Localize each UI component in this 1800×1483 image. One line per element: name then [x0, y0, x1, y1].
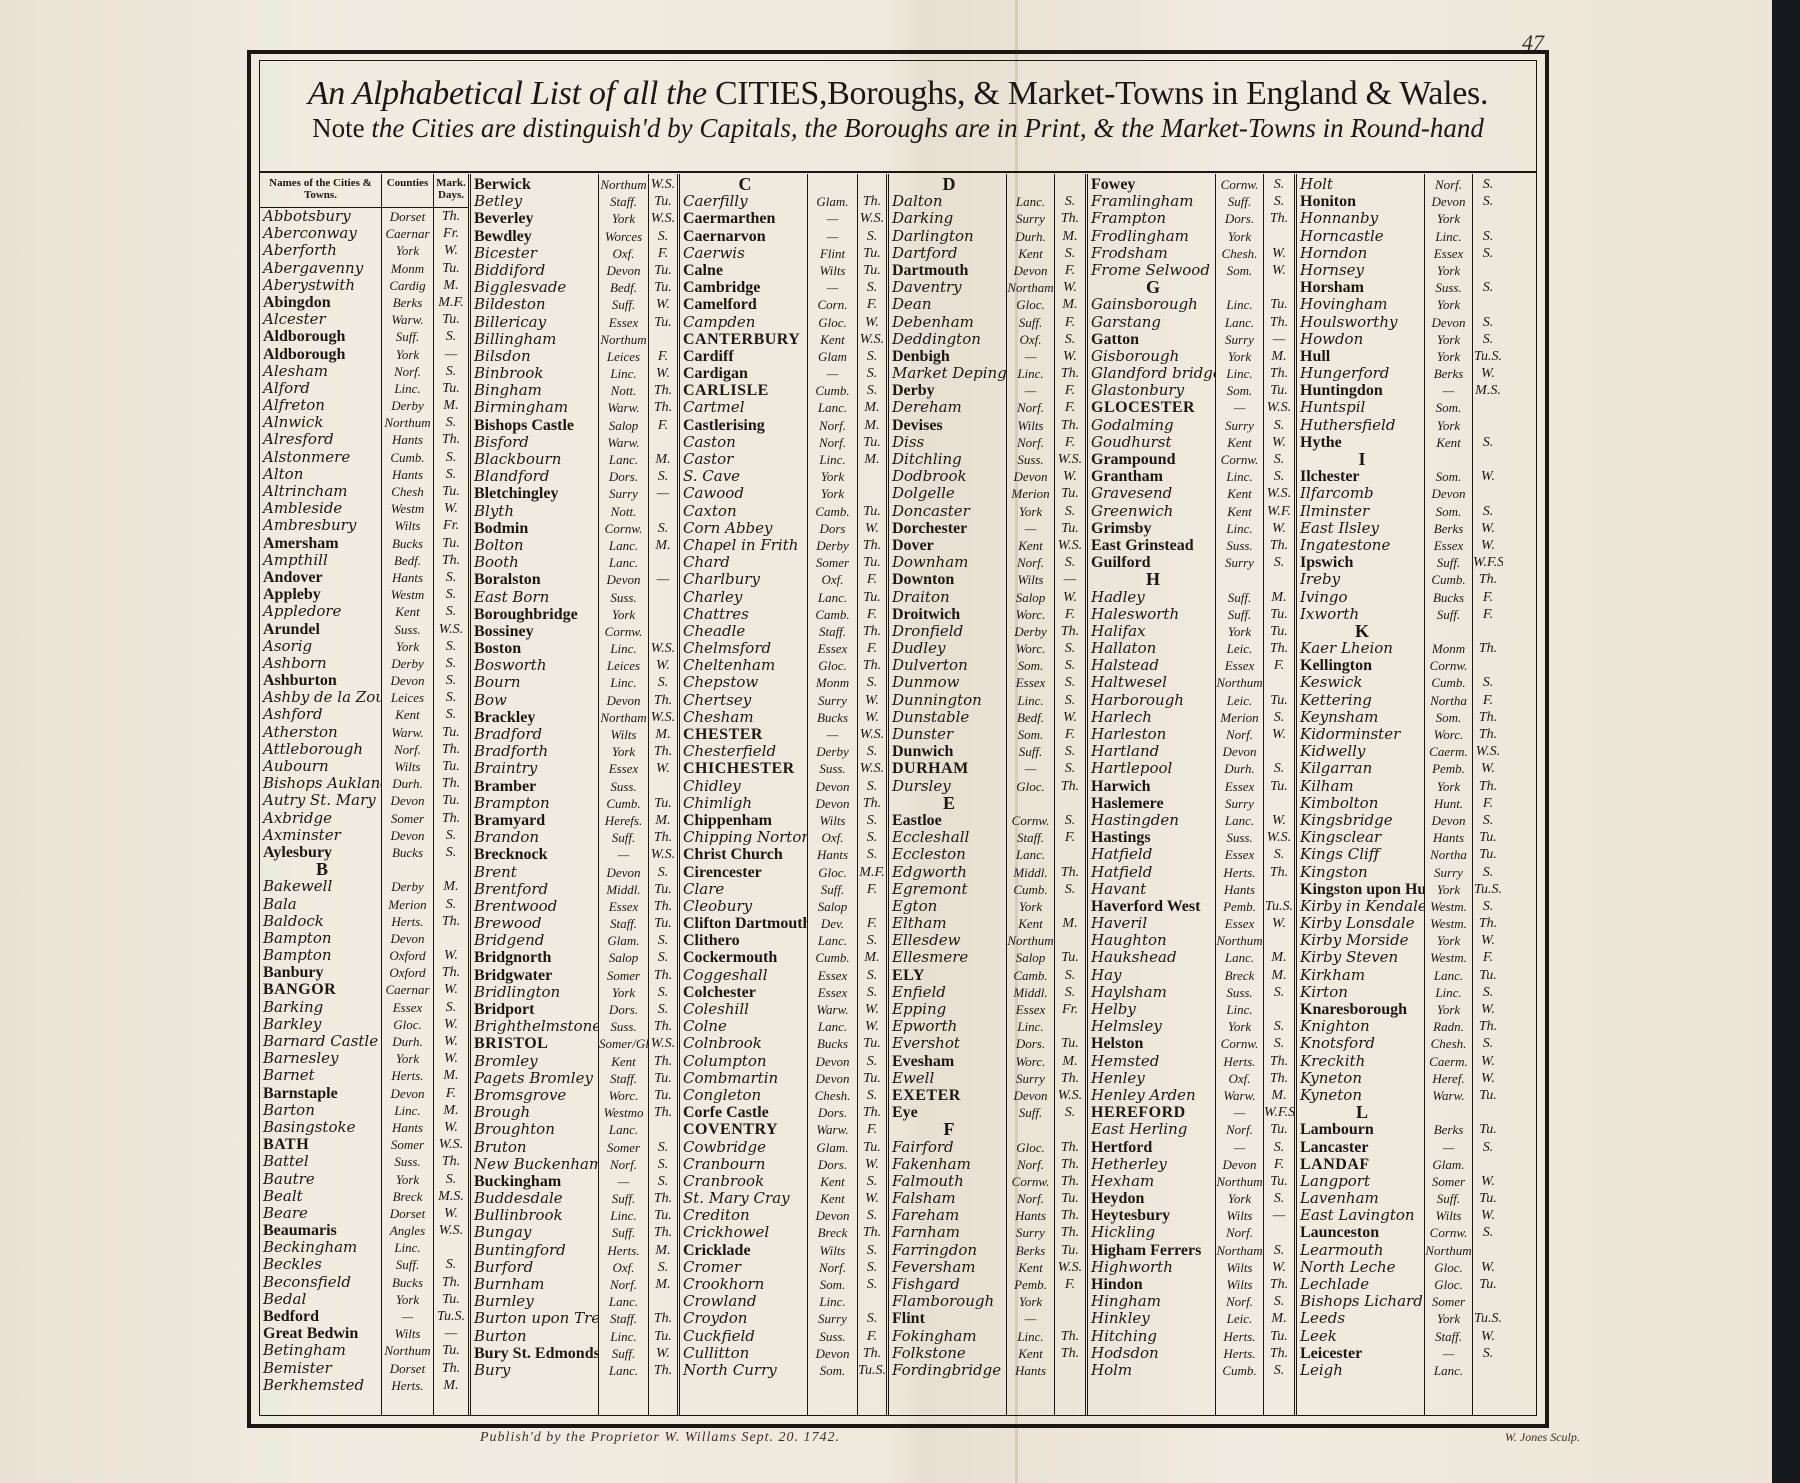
- county-cell: Gloc.: [1007, 1139, 1054, 1156]
- town-name: Leigh: [1297, 1362, 1424, 1379]
- county-cell: Dors.: [808, 1156, 857, 1173]
- county-cell: Breck: [382, 1188, 433, 1205]
- county-cell: Norf.: [599, 1156, 648, 1173]
- county-cell: Suff.: [1216, 193, 1263, 210]
- market-day-cell: F.: [858, 1328, 886, 1345]
- market-day-cell: Tu.: [649, 795, 677, 812]
- county-cell: Som.: [808, 1362, 857, 1379]
- town-name: Kimbolton: [1297, 795, 1424, 812]
- market-day-cell: S.: [1055, 692, 1085, 709]
- market-day-cell: W.: [1055, 589, 1085, 606]
- town-name: Leeds: [1297, 1310, 1424, 1327]
- town-name: Lavenham: [1297, 1190, 1424, 1207]
- county-cell: Surry: [808, 692, 857, 709]
- town-name: Brandon: [471, 829, 598, 846]
- county-cell: Som.: [1425, 399, 1472, 416]
- county-cell: Bucks: [808, 1035, 857, 1052]
- market-day-cell: F.: [1055, 399, 1085, 416]
- market-day-cell: S.: [649, 1259, 677, 1276]
- market-day-cell: S.: [858, 279, 886, 296]
- town-name: Chapel in Frith: [680, 537, 807, 554]
- county-cell: Linc.: [382, 380, 433, 397]
- market-day-cell: W.: [858, 692, 886, 709]
- county-cell: Wilts: [1216, 1259, 1263, 1276]
- market-day-cell: [1264, 743, 1294, 760]
- town-name: Alford: [260, 380, 381, 397]
- town-name-column: FoweyFramlinghamFramptonFrodlinghamFrods…: [1088, 174, 1216, 1415]
- county-cell: [1425, 1104, 1472, 1121]
- town-name: Falsham: [889, 1190, 1006, 1207]
- town-name: Haukshead: [1088, 949, 1215, 966]
- market-day-cell: S.: [434, 449, 468, 466]
- market-day-cell: W.: [434, 1033, 468, 1050]
- town-name: Bromley: [471, 1053, 598, 1070]
- market-day-cell: Tu.: [649, 881, 677, 898]
- town-name: Huthersfield: [1297, 417, 1424, 434]
- market-day-cell: Tu.: [649, 915, 677, 932]
- market-day-cell: S.: [858, 1207, 886, 1224]
- county-cell: —: [1425, 382, 1472, 399]
- town-name: Bodmin: [471, 520, 598, 537]
- town-name: Bruton: [471, 1139, 598, 1156]
- market-day-cell: F.: [434, 1085, 468, 1102]
- market-day-cell: S.: [1473, 1139, 1503, 1156]
- town-name: Evershot: [889, 1035, 1006, 1052]
- market-day-cell: —: [434, 346, 468, 363]
- county-cell: Norf.: [1007, 1156, 1054, 1173]
- town-name: Caxton: [680, 503, 807, 520]
- town-name: Frodlingham: [1088, 228, 1215, 245]
- county-cell: [1007, 176, 1054, 193]
- town-name: Chesham: [680, 709, 807, 726]
- town-name: Bingham: [471, 382, 598, 399]
- county-cell: Oxford: [382, 964, 433, 981]
- town-name: Frodsham: [1088, 245, 1215, 262]
- county-cell: Surry: [1216, 795, 1263, 812]
- county-cell: Linc.: [1216, 296, 1263, 313]
- market-day-cell: S.: [858, 743, 886, 760]
- market-day-cell: S.: [858, 1276, 886, 1293]
- title-mid: ,Boroughs, & Market-Towns in: [819, 75, 1246, 112]
- county-cell: Suff.: [1007, 314, 1054, 331]
- market-day-cell: Th.: [649, 1053, 677, 1070]
- town-name: Cheltenham: [680, 657, 807, 674]
- county-cell: Norf.: [808, 434, 857, 451]
- market-day-cell: W.: [434, 981, 468, 998]
- county-cell: Devon: [808, 795, 857, 812]
- town-name: Horndon: [1297, 245, 1424, 262]
- county-cell: Hants: [1007, 1362, 1054, 1379]
- market-day-cell: S.: [1055, 984, 1085, 1001]
- county-cell: —: [808, 726, 857, 743]
- town-name: Ilfarcomb: [1297, 485, 1424, 502]
- town-name: Bossiney: [471, 623, 598, 640]
- county-cell: Linc.: [1425, 984, 1472, 1001]
- town-name: Corfe Castle: [680, 1104, 807, 1121]
- market-day-cell: S.: [1264, 1242, 1294, 1259]
- market-day-cell: Tu.S.: [1473, 348, 1503, 365]
- county-cell: Cornw.: [1216, 451, 1263, 468]
- county-cell: Somer/Gloc: [599, 1035, 648, 1052]
- county-cell: Kent: [1216, 485, 1263, 502]
- county-cell: Berks: [382, 294, 433, 311]
- market-day-cell: M.: [434, 1102, 468, 1119]
- town-name: Cricklade: [680, 1242, 807, 1259]
- market-day-cell: F.: [649, 417, 677, 434]
- market-day-cell: Tu.: [1473, 1190, 1503, 1207]
- market-day-cell: S.: [1473, 331, 1503, 348]
- market-day-cell: [1055, 846, 1085, 863]
- market-day-cell: Th.: [1473, 915, 1503, 932]
- market-day-cell: Tu.: [649, 1070, 677, 1087]
- town-name: Hemsted: [1088, 1053, 1215, 1070]
- county-cell: Nott.: [599, 382, 648, 399]
- county-cell: [1425, 623, 1472, 640]
- market-day-cell: W.: [649, 365, 677, 382]
- town-name: Launceston: [1297, 1224, 1424, 1241]
- town-name: Bramyard: [471, 812, 598, 829]
- county-cell: York: [382, 1291, 433, 1308]
- county-cell: Cumb.: [599, 795, 648, 812]
- town-name: Hadley: [1088, 589, 1215, 606]
- county-cell: Derby: [1007, 623, 1054, 640]
- county-cell: Cornw.: [1007, 1173, 1054, 1190]
- county-cell: Angles: [382, 1222, 433, 1239]
- market-day-cell: S.: [434, 689, 468, 706]
- market-day-cell: S.: [1473, 984, 1503, 1001]
- county-cell: Corn.: [808, 296, 857, 313]
- county-cell: Devon: [1007, 262, 1054, 279]
- market-day-column: S.S.S.S.S.S.S.Tu.S.W.M.S.S.W.S.W.W.W.F.S…: [1473, 174, 1503, 1415]
- town-name: Henley Arden: [1088, 1087, 1215, 1104]
- market-day-cell: Th.: [1473, 709, 1503, 726]
- town-name: COVENTRY: [680, 1121, 807, 1138]
- town-name: Axminster: [260, 827, 381, 844]
- county-cell: Devon: [1007, 468, 1054, 485]
- market-day-cell: Th.: [1055, 1070, 1085, 1087]
- market-day-cell: Tu.: [434, 724, 468, 741]
- market-day-cell: —: [434, 1325, 468, 1342]
- market-day-cell: Th.: [858, 193, 886, 210]
- town-name: Ambleside: [260, 500, 381, 517]
- town-name: Hovingham: [1297, 296, 1424, 313]
- market-day-cell: S.: [1264, 1035, 1294, 1052]
- county-column: Lanc.SurryDurh.KentDevonNorthamGloc.Suff…: [1007, 174, 1055, 1415]
- county-cell: Som.: [1007, 726, 1054, 743]
- market-day-cell: [858, 485, 886, 502]
- market-day-cell: S.: [1264, 417, 1294, 434]
- town-name: Halstead: [1088, 657, 1215, 674]
- market-day-cell: S.: [1264, 554, 1294, 571]
- town-name: Harwich: [1088, 778, 1215, 795]
- market-day-cell: Th.: [1055, 1156, 1085, 1173]
- market-day-cell: Tu.: [434, 311, 468, 328]
- market-day-cell: M.: [1055, 1053, 1085, 1070]
- market-day-cell: Th.: [1264, 365, 1294, 382]
- county-cell: Suss.: [1007, 451, 1054, 468]
- town-name: Cirencester: [680, 864, 807, 881]
- county-cell: —: [808, 365, 857, 382]
- town-name: Flint: [889, 1310, 1006, 1327]
- market-day-cell: W.: [1473, 537, 1503, 554]
- town-name: Clifton Dartmouth: [680, 915, 807, 932]
- market-day-cell: M.: [1055, 296, 1085, 313]
- county-cell: Linc.: [808, 451, 857, 468]
- market-day-cell: Th.: [434, 913, 468, 930]
- town-name: East Herling: [1088, 1121, 1215, 1138]
- town-name: Clithero: [680, 932, 807, 949]
- town-name: Eye: [889, 1104, 1006, 1121]
- county-cell: Som.: [1007, 657, 1054, 674]
- market-day-cell: S.: [1055, 1104, 1085, 1121]
- county-cell: Warw.: [1425, 1087, 1472, 1104]
- town-name: Glastonbury: [1088, 382, 1215, 399]
- market-day-cell: —: [1264, 1207, 1294, 1224]
- town-name: Croydon: [680, 1310, 807, 1327]
- market-day-cell: Tu.S.: [434, 1308, 468, 1325]
- market-day-cell: Th.: [1264, 640, 1294, 657]
- market-day-cell: Tu.: [858, 554, 886, 571]
- column-group-5: FoweyFramlinghamFramptonFrodlinghamFrods…: [1088, 174, 1297, 1415]
- market-day-cell: W.S.: [1055, 451, 1085, 468]
- county-cell: Gloc.: [382, 1016, 433, 1033]
- header-names: Names of the Cities & Towns.: [260, 174, 381, 208]
- county-cell: Suss.: [1216, 984, 1263, 1001]
- town-name: Bletchingley: [471, 485, 598, 502]
- market-day-cell: Tu.: [1473, 967, 1503, 984]
- county-cell: Dorset: [382, 1360, 433, 1377]
- county-cell: Suss.: [382, 1153, 433, 1170]
- county-cell: Staff.: [599, 915, 648, 932]
- town-name: Halifax: [1088, 623, 1215, 640]
- county-cell: Hants: [382, 431, 433, 448]
- town-name: Chelmsford: [680, 640, 807, 657]
- town-name: Horsham: [1297, 279, 1424, 296]
- town-name: Ingatestone: [1297, 537, 1424, 554]
- county-cell: Breck: [1216, 967, 1263, 984]
- town-name: Basingstoke: [260, 1119, 381, 1136]
- town-name: Hartlepool: [1088, 760, 1215, 777]
- market-day-cell: M.: [858, 949, 886, 966]
- county-cell: Northum: [1216, 674, 1263, 691]
- town-name: Egremont: [889, 881, 1006, 898]
- county-cell: —: [1216, 399, 1263, 416]
- town-name: Dorchester: [889, 520, 1006, 537]
- town-name: Bridgnorth: [471, 949, 598, 966]
- county-cell: Somer: [1425, 1173, 1472, 1190]
- market-day-cell: [1055, 898, 1085, 915]
- town-name: CARLISLE: [680, 382, 807, 399]
- market-day-cell: W.: [1473, 1259, 1503, 1276]
- town-name-column: DDaltonDarkingDarlingtonDartfordDartmout…: [889, 174, 1007, 1415]
- county-cell: Norf.: [808, 417, 857, 434]
- title-line-2: Note the Cities are distinguish'd by Cap…: [260, 113, 1536, 143]
- town-name: Knighton: [1297, 1018, 1424, 1035]
- market-day-cell: M.: [434, 1067, 468, 1084]
- county-cell: Northam: [1007, 279, 1054, 296]
- county-cell: Oxf.: [599, 245, 648, 262]
- market-day-cell: W.S.: [434, 1136, 468, 1153]
- market-day-cell: W.: [1264, 245, 1294, 262]
- market-day-cell: W.: [649, 296, 677, 313]
- town-name: CHICHESTER: [680, 760, 807, 777]
- market-day-cell: W.S.: [649, 846, 677, 863]
- town-name: Kingsclear: [1297, 829, 1424, 846]
- market-day-cell: M.: [649, 1242, 677, 1259]
- town-name: Ampthill: [260, 552, 381, 569]
- town-name: Chepstow: [680, 674, 807, 691]
- town-name: Bautre: [260, 1171, 381, 1188]
- town-name: Hartland: [1088, 743, 1215, 760]
- county-cell: Hants: [382, 466, 433, 483]
- county-cell: Staff.: [1007, 829, 1054, 846]
- county-cell: Durh.: [382, 1033, 433, 1050]
- town-name: Bala: [260, 896, 381, 913]
- market-day-cell: S.: [1055, 657, 1085, 674]
- county-cell: Suff.: [808, 881, 857, 898]
- market-day-cell: S.: [1264, 1362, 1294, 1379]
- town-name: Cardigan: [680, 365, 807, 382]
- market-day-cell: Tu.: [1264, 1121, 1294, 1138]
- county-cell: Essex: [808, 984, 857, 1001]
- town-name: Gatton: [1088, 331, 1215, 348]
- county-cell: Dors.: [599, 468, 648, 485]
- town-name: Bedal: [260, 1291, 381, 1308]
- town-name: Buntingford: [471, 1242, 598, 1259]
- market-day-cell: Th.: [1055, 210, 1085, 227]
- town-name: Epworth: [889, 1018, 1006, 1035]
- market-day-cell: S.: [1055, 967, 1085, 984]
- market-day-cell: [1473, 399, 1503, 416]
- town-name: EXETER: [889, 1087, 1006, 1104]
- county-cell: Cumb.: [1425, 571, 1472, 588]
- town-name: Dartford: [889, 245, 1006, 262]
- town-name: Caermarthen: [680, 210, 807, 227]
- market-day-cell: M.: [649, 451, 677, 468]
- county-cell: Merion: [1007, 485, 1054, 502]
- column-group-6: HoltHonitonHonnanbyHorncastleHorndonHorn…: [1297, 174, 1503, 1415]
- town-name: Cawood: [680, 485, 807, 502]
- market-day-cell: Th.: [1264, 210, 1294, 227]
- market-day-cell: S.: [649, 1156, 677, 1173]
- county-cell: Suff.: [599, 829, 648, 846]
- county-cell: Hants: [1216, 881, 1263, 898]
- county-cell: Northum: [1007, 932, 1054, 949]
- county-cell: Gloc.: [808, 314, 857, 331]
- town-name: Kirby Lonsdale: [1297, 915, 1424, 932]
- town-name: Booth: [471, 554, 598, 571]
- town-name: Dodbrook: [889, 468, 1006, 485]
- county-cell: Suff.: [1216, 589, 1263, 606]
- county-cell: Hunt.: [1425, 795, 1472, 812]
- market-day-cell: [1055, 1310, 1085, 1327]
- town-name: Frome Selwood: [1088, 262, 1215, 279]
- market-day-cell: F.: [1264, 1156, 1294, 1173]
- town-name: Alesham: [260, 363, 381, 380]
- town-name: Fowey: [1088, 176, 1215, 193]
- market-day-cell: [1473, 1156, 1503, 1173]
- town-name: Broughton: [471, 1121, 598, 1138]
- county-cell: Kent: [1007, 1259, 1054, 1276]
- town-name: Barking: [260, 999, 381, 1016]
- market-day-cell: Th.: [434, 775, 468, 792]
- county-cell: Kent: [808, 1173, 857, 1190]
- county-cell: York: [1425, 1001, 1472, 1018]
- town-name: Hatfield: [1088, 846, 1215, 863]
- town-name: Fokingham: [889, 1328, 1006, 1345]
- town-name: Eccleshall: [889, 829, 1006, 846]
- town-name: Eastloe: [889, 812, 1006, 829]
- market-day-cell: S.: [1473, 279, 1503, 296]
- town-name: Alresford: [260, 431, 381, 448]
- market-day-cell: M.: [858, 417, 886, 434]
- market-day-cell: S.: [434, 1256, 468, 1273]
- town-name: Bridport: [471, 1001, 598, 1018]
- market-day-cell: Tu.: [1473, 846, 1503, 863]
- county-cell: Derby: [382, 397, 433, 414]
- market-day-cell: Tu.: [1473, 1087, 1503, 1104]
- town-name: East Lavington: [1297, 1207, 1424, 1224]
- market-day-cell: S.: [1473, 176, 1503, 193]
- town-name: Epping: [889, 1001, 1006, 1018]
- market-day-cell: S.: [858, 778, 886, 795]
- county-cell: Essex: [1216, 846, 1263, 863]
- town-name: Alnwick: [260, 414, 381, 431]
- market-day-cell: [1473, 1293, 1503, 1310]
- county-cell: York: [1425, 348, 1472, 365]
- market-day-cell: Th.: [1264, 1070, 1294, 1087]
- county-cell: Suff.: [599, 1345, 648, 1362]
- county-cell: Northum: [599, 331, 648, 348]
- county-cell: York: [1425, 881, 1472, 898]
- town-name: Battel: [260, 1153, 381, 1170]
- town-name: Devises: [889, 417, 1006, 434]
- market-day-cell: Th.: [858, 795, 886, 812]
- town-name: Kirby Morside: [1297, 932, 1424, 949]
- county-cell: Berks: [1425, 365, 1472, 382]
- town-name: Bishops Castle: [471, 417, 598, 434]
- market-day-cell: Tu.S.: [1473, 1310, 1503, 1327]
- county-cell: Som.: [1425, 468, 1472, 485]
- market-day-cell: Th.: [1473, 726, 1503, 743]
- market-day-cell: [1264, 932, 1294, 949]
- town-name: Feversham: [889, 1259, 1006, 1276]
- county-cell: Herts.: [1216, 1345, 1263, 1362]
- town-name: Keswick: [1297, 674, 1424, 691]
- county-cell: Suss.: [1216, 537, 1263, 554]
- county-cell: Essex: [599, 760, 648, 777]
- county-cell: Wilts: [1425, 1207, 1472, 1224]
- market-day-cell: W.: [858, 1156, 886, 1173]
- town-name: East Born: [471, 589, 598, 606]
- market-day-cell: [1473, 417, 1503, 434]
- county-cell: Norf.: [1216, 1293, 1263, 1310]
- county-cell: Warw.: [599, 399, 648, 416]
- market-day-column: Th.W.S.S.Tu.Tu.S.F.W.W.S.S.S.S.M.M.Tu.M.…: [858, 174, 886, 1415]
- county-cell: Westm.: [1425, 915, 1472, 932]
- market-day-cell: S.: [649, 1001, 677, 1018]
- county-cell: York: [1216, 348, 1263, 365]
- county-cell: Herefs.: [599, 812, 648, 829]
- county-cell: Cumb.: [1425, 674, 1472, 691]
- county-cell: Suff.: [1007, 1104, 1054, 1121]
- county-cell: Suff.: [382, 1256, 433, 1273]
- county-cell: Camb.: [1007, 967, 1054, 984]
- town-name: Crookhorn: [680, 1276, 807, 1293]
- town-name: Hetherley: [1088, 1156, 1215, 1173]
- letter-heading: B: [260, 861, 381, 878]
- market-day-cell: F.: [858, 296, 886, 313]
